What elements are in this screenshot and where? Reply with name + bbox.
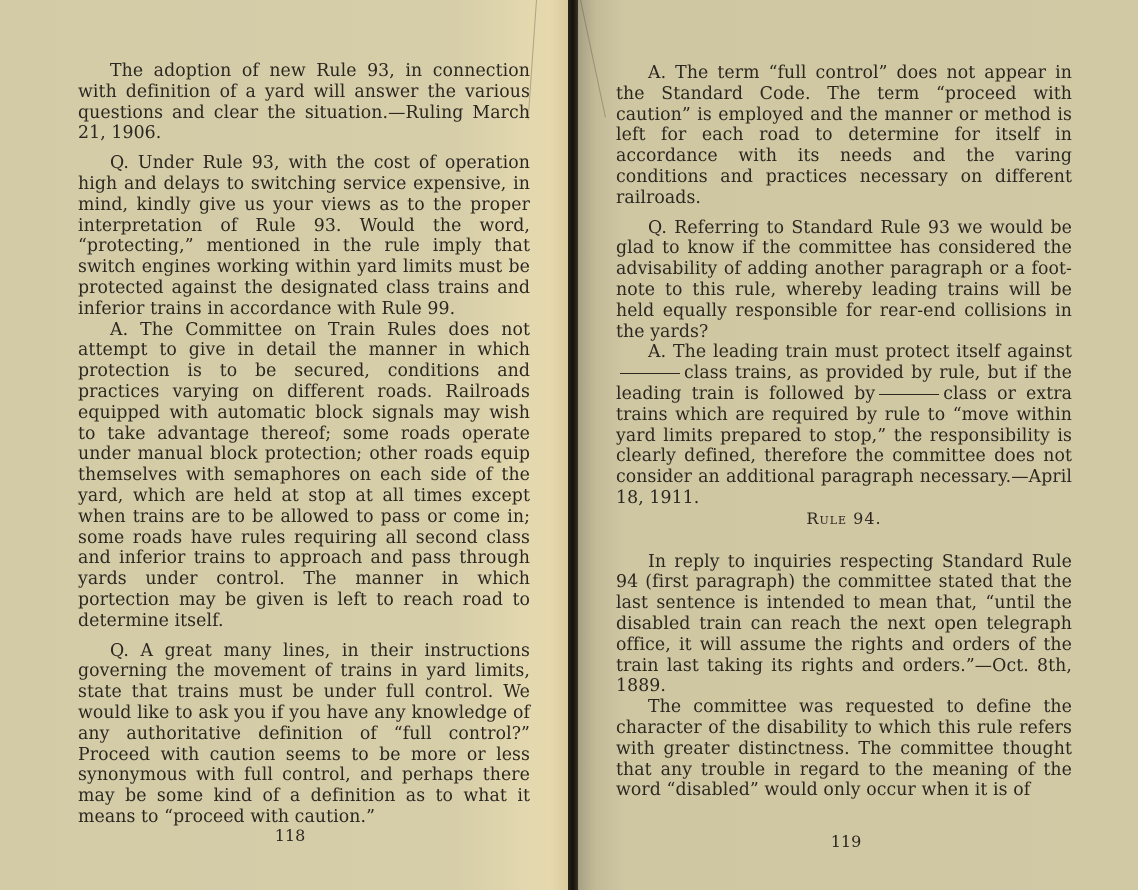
left-page: The adoption of new Rule 93, in connecti… (0, 0, 568, 890)
page-number-right: 119 (806, 832, 886, 851)
blank-line (620, 373, 680, 374)
left-page-text: The adoption of new Rule 93, in connecti… (78, 61, 530, 828)
blank-line (879, 394, 939, 395)
question-full-control: Q. A great many lines, in their instruct… (78, 641, 530, 828)
page-crease (580, 0, 606, 117)
right-page: A. The term “full control” does not appe… (568, 0, 1138, 890)
question-rule-93-protecting: Q. Under Rule 93, with the cost of opera… (78, 153, 530, 319)
book-spread: The adoption of new Rule 93, in connecti… (0, 0, 1138, 890)
answer-full-control: A. The term “full control” does not appe… (616, 63, 1072, 209)
right-page-text: A. The term “full control” does not appe… (616, 63, 1072, 801)
page-number-left: 118 (250, 826, 330, 845)
answer-committee-protection: A. The Committee on Train Rules does not… (78, 320, 530, 632)
rule-94-heading: Rule 94. (616, 509, 1072, 530)
answer-leading-train: A. The leading train must protect itself… (616, 342, 1072, 508)
question-rear-end-collisions: Q. Referring to Standard Rule 93 we woul… (616, 218, 1072, 343)
rule-94-reply: In reply to inquiries respecting Standar… (616, 552, 1072, 698)
book-spine (568, 0, 578, 890)
answer-part-1: A. The leading train must protect itself… (648, 342, 1072, 362)
paragraph-ruling-1906: The adoption of new Rule 93, in connecti… (78, 61, 530, 144)
rule-94-disability: The committee was requested to define th… (616, 697, 1072, 801)
